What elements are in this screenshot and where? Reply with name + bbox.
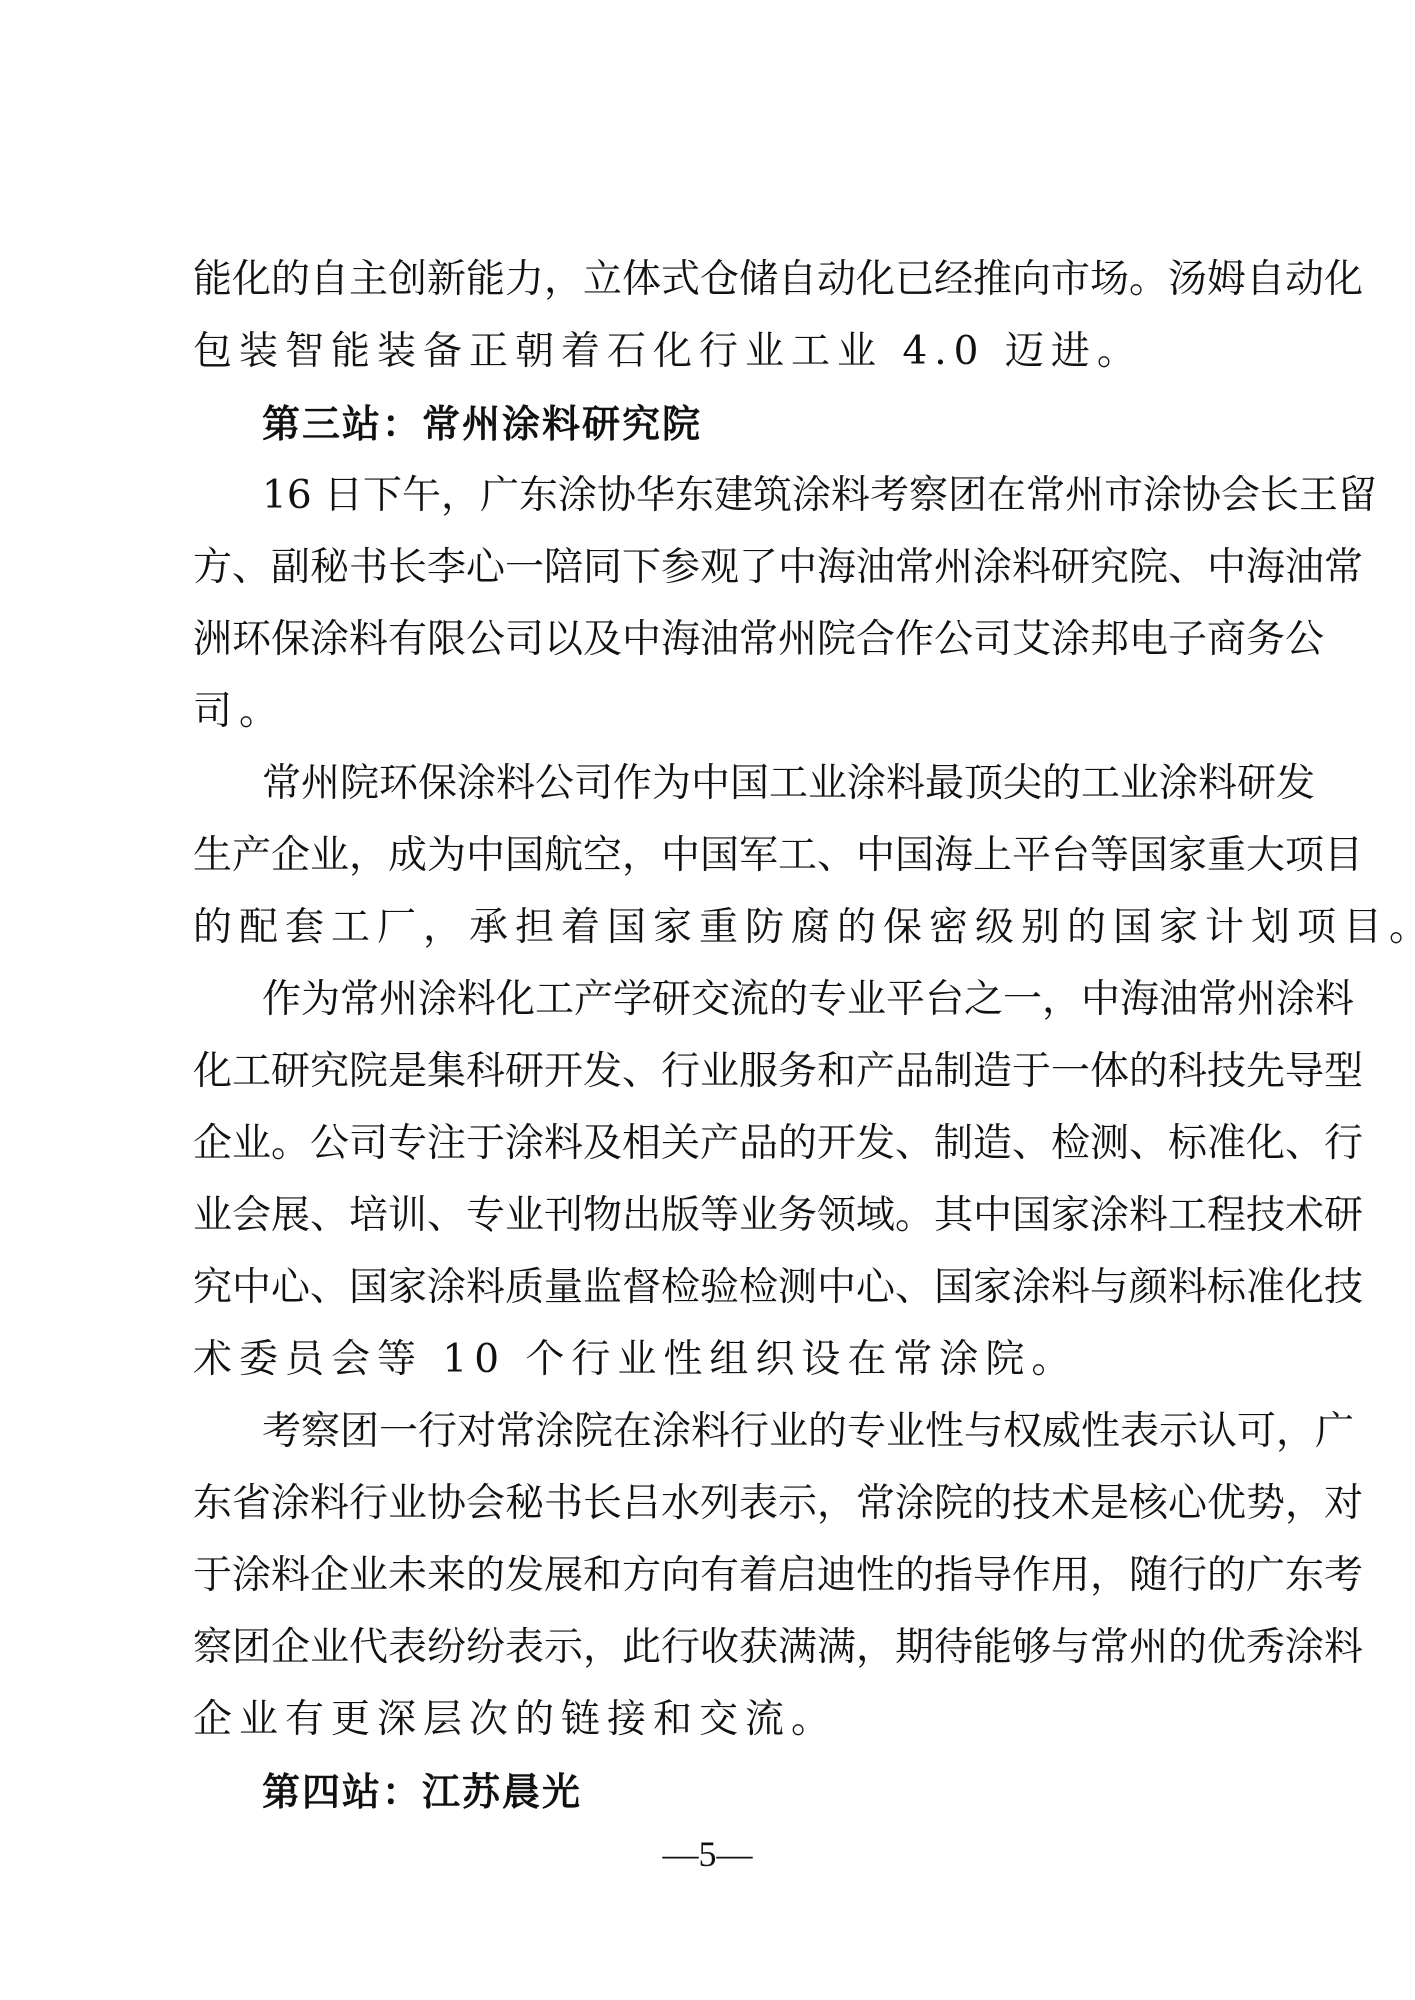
- paragraph-line: 业会展、培训、专业刊物出版等业务领域。其中国家涂料工程技术研: [193, 1186, 1239, 1246]
- paragraph-line: 东省涂料行业协会秘书长吕水列表示，常涂院的技术是核心优势，对: [193, 1474, 1239, 1534]
- paragraph-line: 司。: [193, 682, 1239, 742]
- paragraph-line: 能化的自主创新能力，立体式仓储自动化已经推向市场。汤姆自动化: [193, 250, 1239, 310]
- paragraph-line: 常州院环保涂料公司作为中国工业涂料最顶尖的工业涂料研发: [262, 754, 1239, 814]
- paragraph-line: 究中心、国家涂料质量监督检验检测中心、国家涂料与颜料标准化技: [193, 1258, 1239, 1318]
- page-number: —5—: [0, 1832, 1415, 1876]
- paragraph-line: 考察团一行对常涂院在涂料行业的专业性与权威性表示认可，广: [262, 1402, 1239, 1462]
- paragraph-line: 的配套工厂，承担着国家重防腐的保密级别的国家计划项目。: [193, 898, 1239, 958]
- paragraph-line: 洲环保涂料有限公司以及中海油常州院合作公司艾涂邦电子商务公: [193, 610, 1239, 670]
- paragraph-line: 作为常州涂料化工产学研交流的专业平台之一，中海油常州涂料: [262, 970, 1239, 1030]
- paragraph-line: 生产企业，成为中国航空，中国军工、中国海上平台等国家重大项目: [193, 826, 1239, 886]
- paragraph-line: 术委员会等 10 个行业性组织设在常涂院。: [193, 1330, 1239, 1390]
- paragraph-line: 方、副秘书长李心一陪同下参观了中海油常州涂料研究院、中海油常: [193, 538, 1239, 598]
- paragraph-line: 包装智能装备正朝着石化行业工业 4.0 迈进。: [193, 322, 1239, 382]
- paragraph-line: 16 日下午，广东涂协华东建筑涂料考察团在常州市涂协会长王留: [262, 466, 1239, 526]
- section-heading-station-3: 第三站：常州涂料研究院: [262, 394, 702, 454]
- document-page: 能化的自主创新能力，立体式仓储自动化已经推向市场。汤姆自动化 包装智能装备正朝着…: [0, 0, 1415, 2000]
- paragraph-line: 企业。公司专注于涂料及相关产品的开发、制造、检测、标准化、行: [193, 1114, 1239, 1174]
- paragraph-line: 于涂料企业未来的发展和方向有着启迪性的指导作用，随行的广东考: [193, 1546, 1239, 1606]
- paragraph-line: 化工研究院是集科研开发、行业服务和产品制造于一体的科技先导型: [193, 1042, 1239, 1102]
- paragraph-line: 企业有更深层次的链接和交流。: [193, 1690, 1239, 1750]
- section-heading-station-4: 第四站：江苏晨光: [262, 1762, 582, 1822]
- paragraph-line: 察团企业代表纷纷表示，此行收获满满，期待能够与常州的优秀涂料: [193, 1618, 1239, 1678]
